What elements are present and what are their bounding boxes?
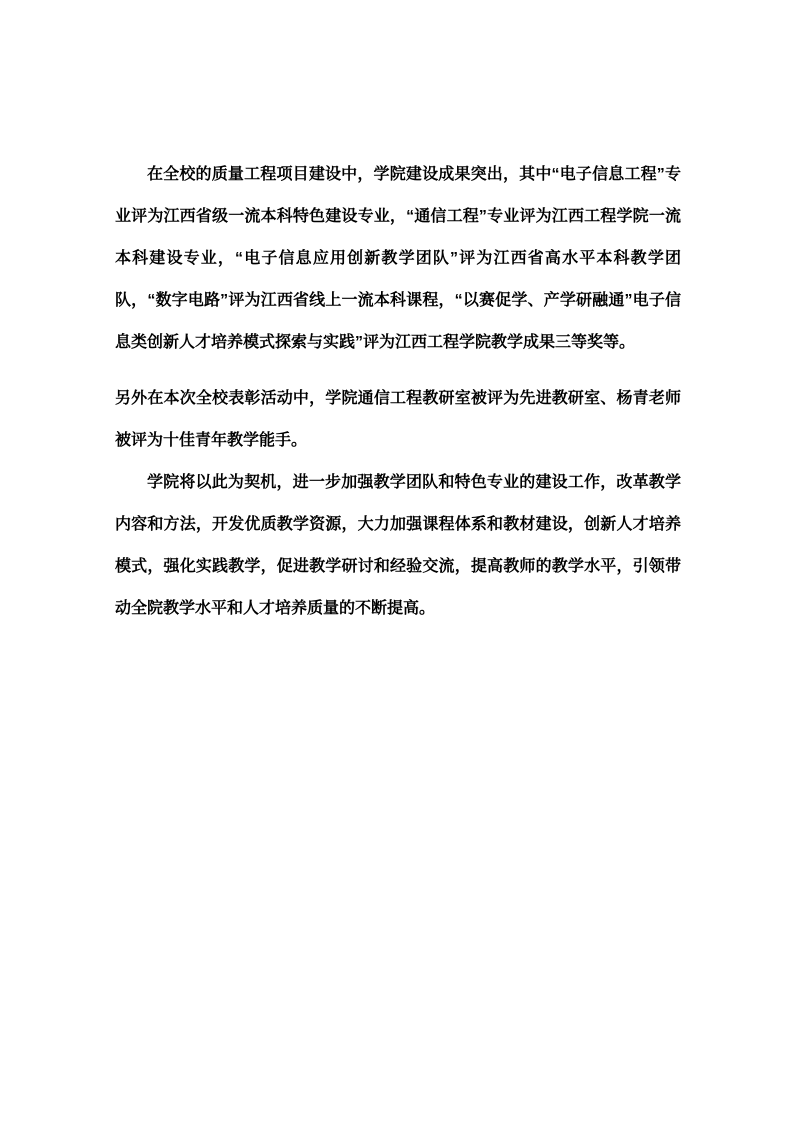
document-page: 在全校的质量工程项目建设中，学院建设成果突出，其中“电子信息工程”专业评为江西省… (0, 0, 793, 1122)
document-body: 在全校的质量工程项目建设中，学院建设成果突出，其中“电子信息工程”专业评为江西省… (115, 154, 681, 630)
paragraph-commendation-awards: 另外在本次全校表彰活动中，学院通信工程教研室被评为先进教研室、杨青老师被评为十佳… (115, 378, 681, 462)
paragraph-future-plans: 学院将以此为契机，进一步加强教学团队和特色专业的建设工作，改革教学内容和方法，开… (115, 462, 681, 630)
paragraph-quality-engineering-achievements: 在全校的质量工程项目建设中，学院建设成果突出，其中“电子信息工程”专业评为江西省… (115, 154, 681, 364)
